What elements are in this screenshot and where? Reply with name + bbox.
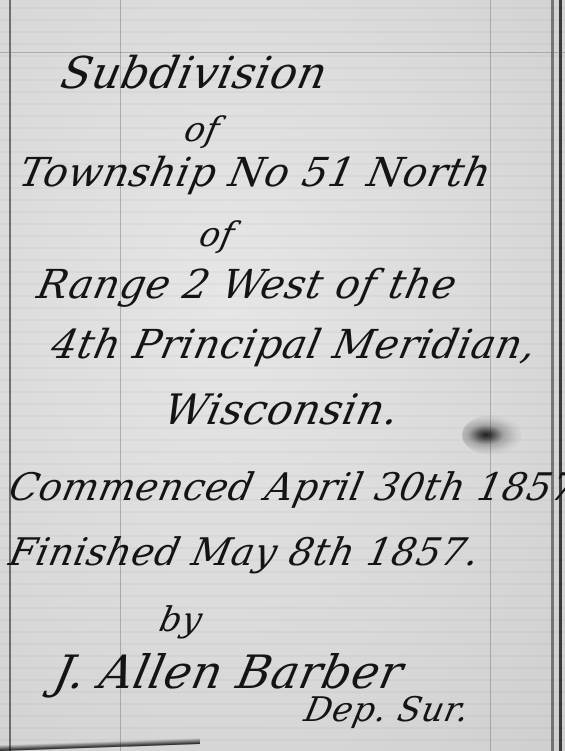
finished-date: Finished May 8th 1857. bbox=[5, 530, 483, 574]
ink-blot bbox=[462, 415, 522, 455]
connector-of-1: of bbox=[181, 110, 224, 150]
range-line: Range 2 West of the bbox=[33, 262, 461, 308]
surveyor-title: Dep. Sur. bbox=[301, 690, 473, 730]
commenced-date: Commenced April 30th 1857. bbox=[5, 465, 565, 509]
township-line: Township No 51 North bbox=[15, 150, 495, 196]
document-page: Subdivision of Township No 51 North of R… bbox=[0, 0, 565, 751]
state-line: Wisconsin. bbox=[160, 385, 404, 434]
binding-edge-inner bbox=[551, 0, 554, 751]
column-rule-left bbox=[120, 0, 121, 751]
heading-subdivision: Subdivision bbox=[57, 48, 333, 99]
by-connector: by bbox=[156, 600, 206, 640]
connector-of-2: of bbox=[196, 215, 239, 255]
binding-edge-outer bbox=[559, 0, 562, 751]
left-margin-line bbox=[9, 0, 11, 751]
column-rule-right bbox=[490, 0, 491, 751]
meridian-line: 4th Principal Meridian, bbox=[47, 322, 540, 368]
page-bottom-shadow bbox=[0, 738, 200, 751]
